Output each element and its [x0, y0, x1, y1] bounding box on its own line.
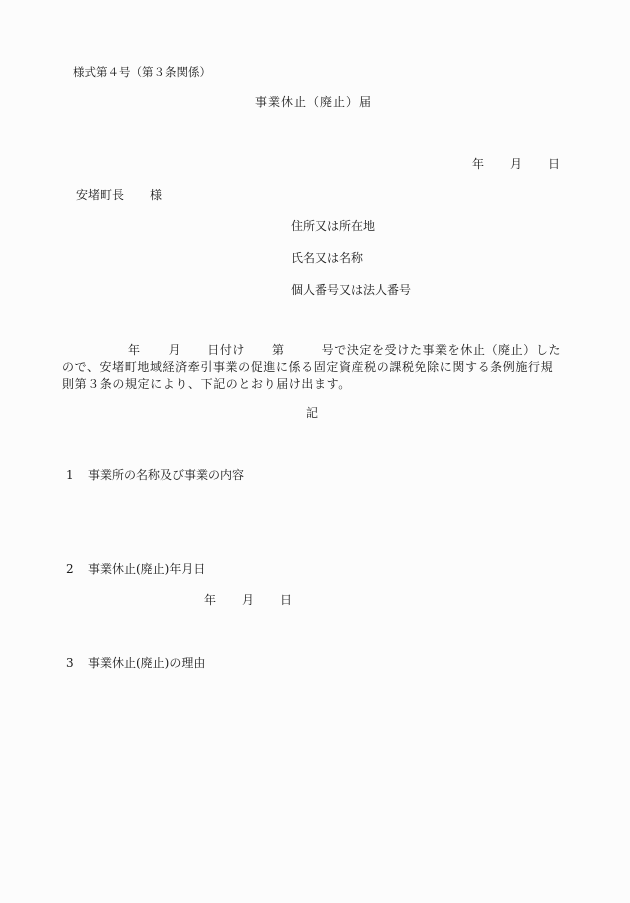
item-label: 事業所の名称及び事業の内容 — [88, 468, 244, 482]
date-year-label: 年 — [472, 156, 484, 172]
date-year-label: 年 — [204, 592, 216, 608]
date-day-label: 日 — [548, 156, 560, 172]
addressee-honorific: 様 — [150, 188, 162, 202]
date-month-label: 月 — [242, 592, 254, 608]
applicant-id-number-label: 個人番号又は法人番号 — [291, 282, 411, 298]
body-line-3: 則第３条の規定により、下記のとおり届け出ます。 — [62, 376, 562, 393]
item-number: 1 — [66, 467, 88, 483]
item-2: 2事業休止(廃止)年月日 — [66, 561, 205, 577]
item-1: 1事業所の名称及び事業の内容 — [66, 467, 244, 483]
item-3: 3事業休止(廃止)の理由 — [66, 655, 205, 671]
addressee: 安堵町長様 — [76, 187, 162, 203]
item-number: 2 — [66, 561, 88, 577]
document-title: 事業休止（廃止）届 — [255, 94, 372, 110]
item-label: 事業休止(廃止)年月日 — [88, 562, 205, 576]
body-paragraph: 年月日付け第号で決定を受けた事業を休止（廃止）した ので、安堵町地域経済牽引事業… — [62, 342, 562, 393]
date-day-label: 日 — [280, 592, 292, 608]
addressee-name: 安堵町長 — [76, 188, 124, 202]
body-line-1: 年月日付け第号で決定を受けた事業を休止（廃止）した — [62, 342, 562, 359]
body-line-2: ので、安堵町地域経済牽引事業の促進に係る固定資産税の課税免除に関する条例施行規 — [62, 359, 562, 376]
submission-date: 年月日 — [472, 156, 560, 172]
applicant-name-label: 氏名又は名称 — [291, 250, 363, 266]
date-month-label: 月 — [510, 156, 522, 172]
form-number: 様式第４号（第３条関係） — [73, 64, 211, 80]
suspension-date: 年月日 — [204, 592, 292, 608]
applicant-address-label: 住所又は所在地 — [291, 218, 375, 234]
ki-heading: 記 — [306, 405, 318, 421]
item-label: 事業休止(廃止)の理由 — [88, 656, 205, 670]
item-number: 3 — [66, 655, 88, 671]
